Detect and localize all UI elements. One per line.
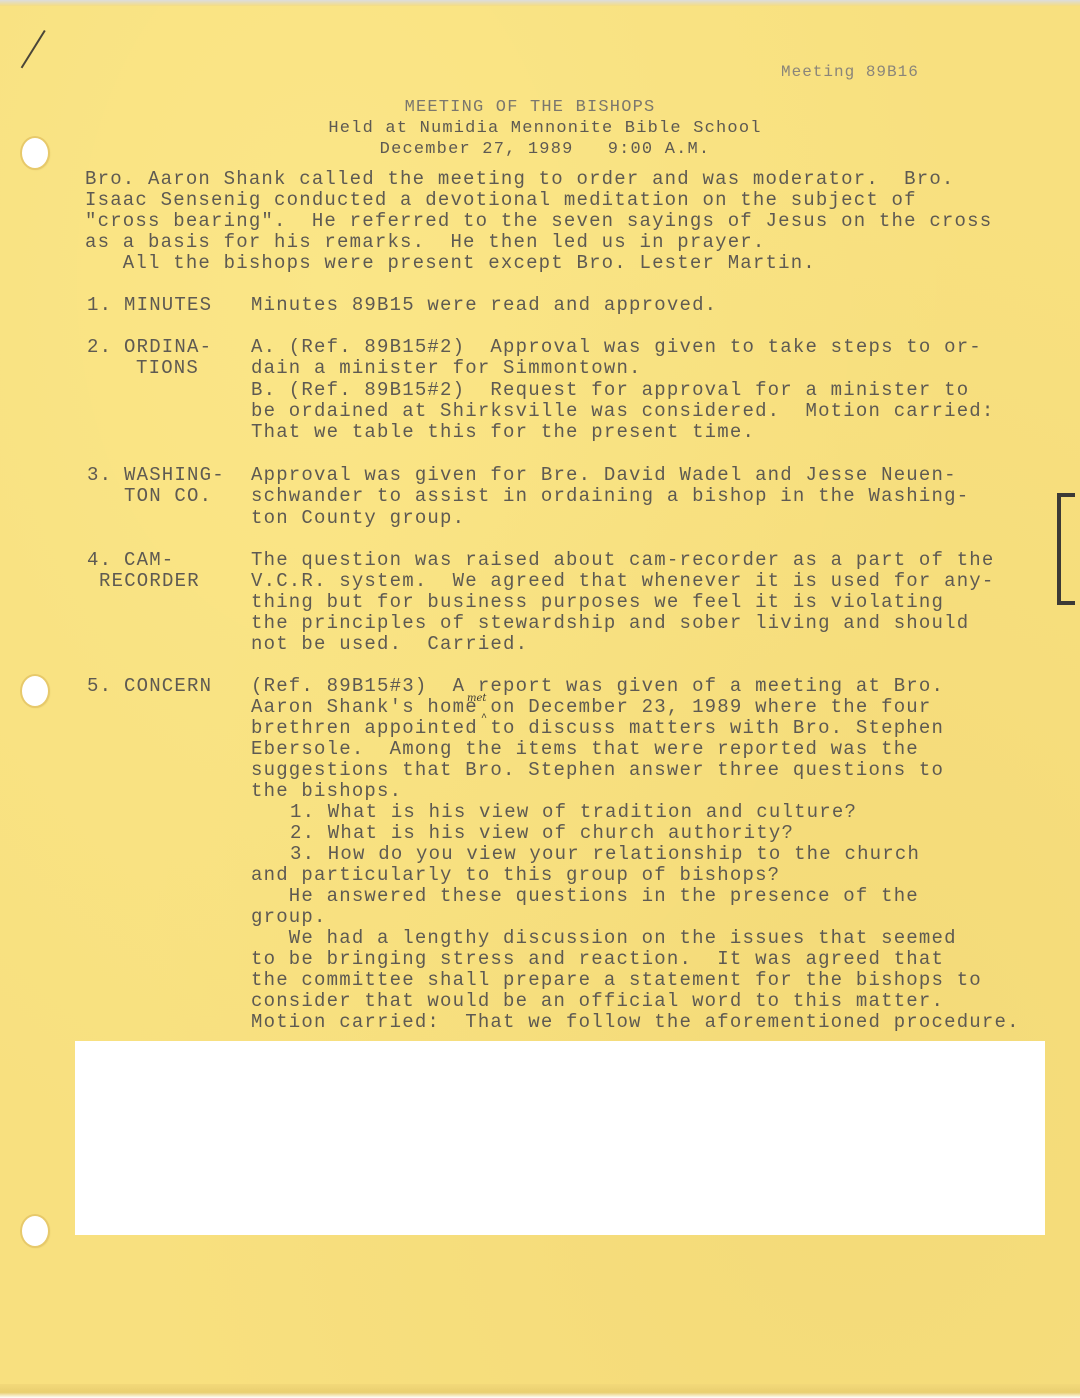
item-2-text: B. (Ref. 89B15#2) Request for approval f… <box>251 380 969 401</box>
item-2-text: That we table this for the present time. <box>251 422 755 443</box>
item-5-text: group. <box>251 907 327 928</box>
item-3-label: TON CO. <box>124 486 212 507</box>
item-5-text: the bishops. <box>251 781 402 802</box>
intro-line: Bro. Aaron Shank called the meeting to o… <box>85 169 955 190</box>
item-5-text: (Ref. 89B15#3) A report was given of a m… <box>251 676 944 697</box>
item-5-text: suggestions that Bro. Stephen answer thr… <box>251 760 944 781</box>
intro-line: Isaac Sensenig conducted a devotional me… <box>85 190 917 211</box>
item-5-text: Aaron Shank's home on December 23, 1989 … <box>251 697 932 718</box>
item-3-text: ton County group. <box>251 508 465 529</box>
page-bottom-edge <box>0 1384 1080 1398</box>
item-4-text: V.C.R. system. We agreed that whenever i… <box>251 571 995 592</box>
meeting-location: Held at Numidia Mennonite Bible School <box>5 118 1080 139</box>
redacted-region <box>75 1041 1045 1235</box>
item-2-label: ORDINA- <box>124 337 212 358</box>
document-title: MEETING OF THE BISHOPS <box>0 97 1070 118</box>
item-4-text: thing but for business purposes we feel … <box>251 592 944 613</box>
question-item: 1. What is his view of tradition and cul… <box>290 802 857 823</box>
item-2-label: TIONS <box>136 358 199 379</box>
item-5-text: brethren appointed to discuss matters wi… <box>251 718 944 739</box>
item-4-number: 4. <box>87 550 112 571</box>
insert-caret-mark: ^ <box>481 713 487 724</box>
item-4-label: CAM- <box>124 550 174 571</box>
item-1-text: Minutes 89B15 were read and approved. <box>251 295 717 316</box>
item-5-label: CONCERN <box>124 676 212 697</box>
item-5-text: and particularly to this group of bishop… <box>251 865 780 886</box>
item-3-text: schwander to assist in ordaining a bisho… <box>251 486 969 507</box>
item-2-number: 2. <box>87 337 112 358</box>
handwritten-insert: met <box>467 693 486 704</box>
item-1-label: MINUTES <box>124 295 212 316</box>
item-2-text: dain a minister for Simmontown. <box>251 358 642 379</box>
item-5-text: consider that would be an official word … <box>251 991 944 1012</box>
item-1-number: 1. <box>87 295 112 316</box>
punch-hole-bottom <box>22 1216 48 1246</box>
page-top-edge <box>0 0 1080 6</box>
item-4-text: The question was raised about cam-record… <box>251 550 995 571</box>
question-item: 2. What is his view of church authority? <box>290 823 794 844</box>
item-2-text: A. (Ref. 89B15#2) Approval was given to … <box>251 337 982 358</box>
intro-line: All the bishops were present except Bro.… <box>85 253 816 274</box>
item-5-text: He answered these questions in the prese… <box>251 886 919 907</box>
item-5-text: Motion carried: That we follow the afore… <box>251 1012 1020 1033</box>
item-3-text: Approval was given for Bre. David Wadel … <box>251 465 957 486</box>
punch-hole-middle <box>22 676 48 706</box>
item-5-number: 5. <box>87 676 112 697</box>
item-4-label: RECORDER <box>99 571 200 592</box>
item-4-text: not be used. Carried. <box>251 634 528 655</box>
item-5-text: the committee shall prepare a statement … <box>251 970 982 991</box>
question-item: 3. How do you view your relationship to … <box>290 844 920 865</box>
staple-mark <box>21 30 46 68</box>
item-3-label: WASHING- <box>124 465 225 486</box>
item-4-text: the principles of stewardship and sober … <box>251 613 969 634</box>
item-3-number: 3. <box>87 465 112 486</box>
item-5-text: Ebersole. Among the items that were repo… <box>251 739 919 760</box>
scanned-page: Meeting 89B16 MEETING OF THE BISHOPS Hel… <box>0 0 1080 1398</box>
meeting-id: Meeting 89B16 <box>781 62 919 83</box>
item-2-text: be ordained at Shirksville was considere… <box>251 401 995 422</box>
item-5-text: to be bringing stress and reaction. It w… <box>251 949 944 970</box>
intro-line: "cross bearing". He referred to the seve… <box>85 211 992 232</box>
meeting-datetime: December 27, 1989 9:00 A.M. <box>5 139 1080 160</box>
handwritten-bracket <box>1057 493 1075 605</box>
item-5-text: We had a lengthy discussion on the issue… <box>251 928 957 949</box>
intro-line: as a basis for his remarks. He then led … <box>85 232 766 253</box>
